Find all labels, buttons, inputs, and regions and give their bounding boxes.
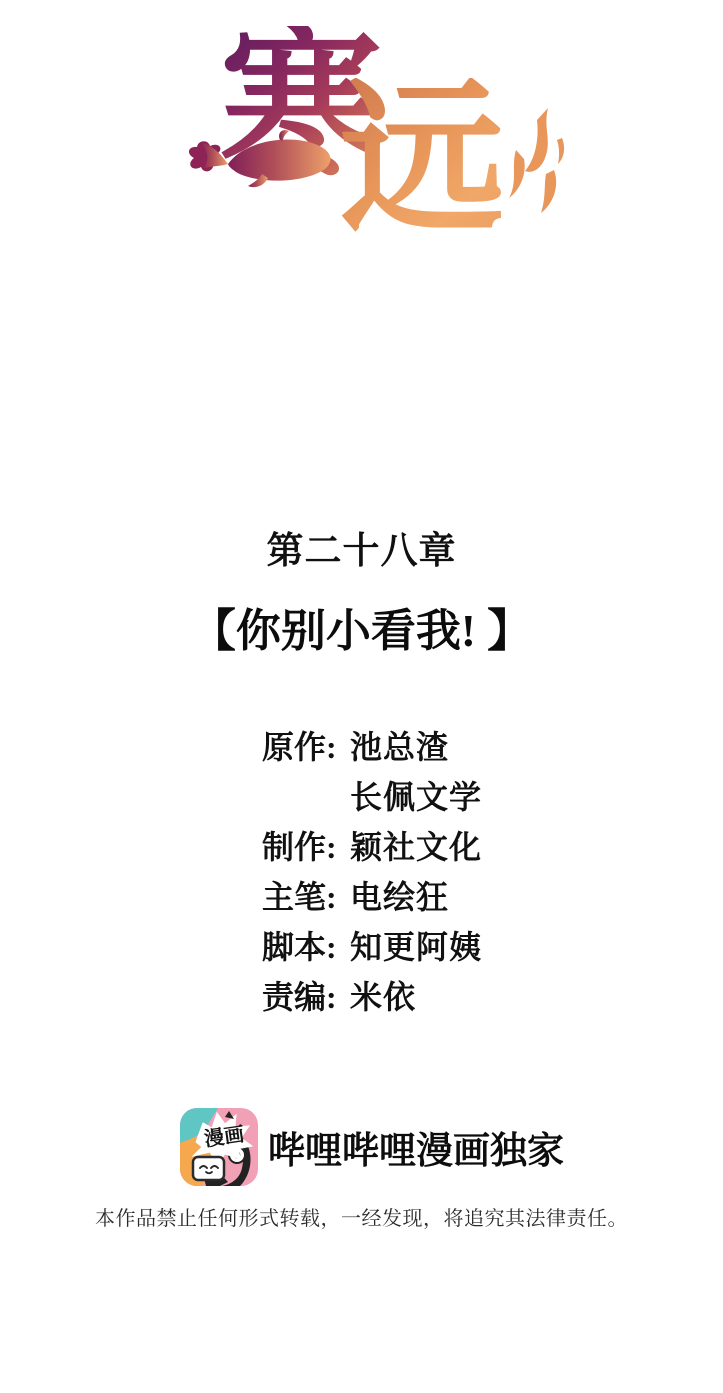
credit-value: 颖社文化 bbox=[350, 822, 482, 868]
credit-value: 电绘狂 bbox=[350, 872, 449, 918]
copyright-text: 本作品禁止任何形式转载，一经发现，将追究其法律责任。 bbox=[0, 1202, 723, 1231]
credit-label: 主笔: bbox=[262, 872, 350, 918]
credit-row-original-author: 原作: 池总渣 bbox=[262, 722, 482, 772]
credit-label: 原作: bbox=[262, 722, 350, 768]
credit-row-script: 脚本: 知更阿姨 bbox=[262, 922, 482, 972]
credit-value: 米依 bbox=[350, 972, 416, 1018]
credit-label: 责编: bbox=[262, 972, 350, 1018]
credit-value: 池总渣 bbox=[350, 722, 449, 768]
koi-fish-art bbox=[182, 128, 357, 194]
credit-row-lead-artist: 主笔: 电绘狂 bbox=[262, 872, 482, 922]
credit-row-editor: 责编: 米依 bbox=[262, 972, 482, 1022]
title-logo: 寒 远 bbox=[160, 22, 590, 247]
chapter-title: 【你别小看我! 】 bbox=[0, 594, 723, 659]
credit-row-production: 制作: 颖社文化 bbox=[262, 822, 482, 872]
chapter-number: 第二十八章 bbox=[0, 520, 723, 574]
bilibili-manga-app-icon: 漫画 bbox=[180, 1108, 258, 1186]
platform-brand: 漫画 哔哩哔哩漫画独家 bbox=[180, 1108, 564, 1186]
credits-list: 原作: 池总渣 长佩文学 制作: 颖社文化 主笔: 电绘狂 脚本: 知更阿姨 责… bbox=[262, 722, 482, 1022]
credit-label: 脚本: bbox=[262, 922, 350, 968]
platform-text: 哔哩哔哩漫画独家 bbox=[268, 1120, 564, 1174]
credit-value: 长佩文学 bbox=[350, 772, 482, 818]
flourish-art bbox=[496, 108, 576, 238]
icon-tv bbox=[193, 1157, 224, 1180]
logo-char-yuan: 远 bbox=[340, 78, 505, 243]
credit-row-literature-site: 长佩文学 bbox=[262, 772, 482, 822]
credit-label: 制作: bbox=[262, 822, 350, 868]
credit-value: 知更阿姨 bbox=[350, 922, 482, 968]
